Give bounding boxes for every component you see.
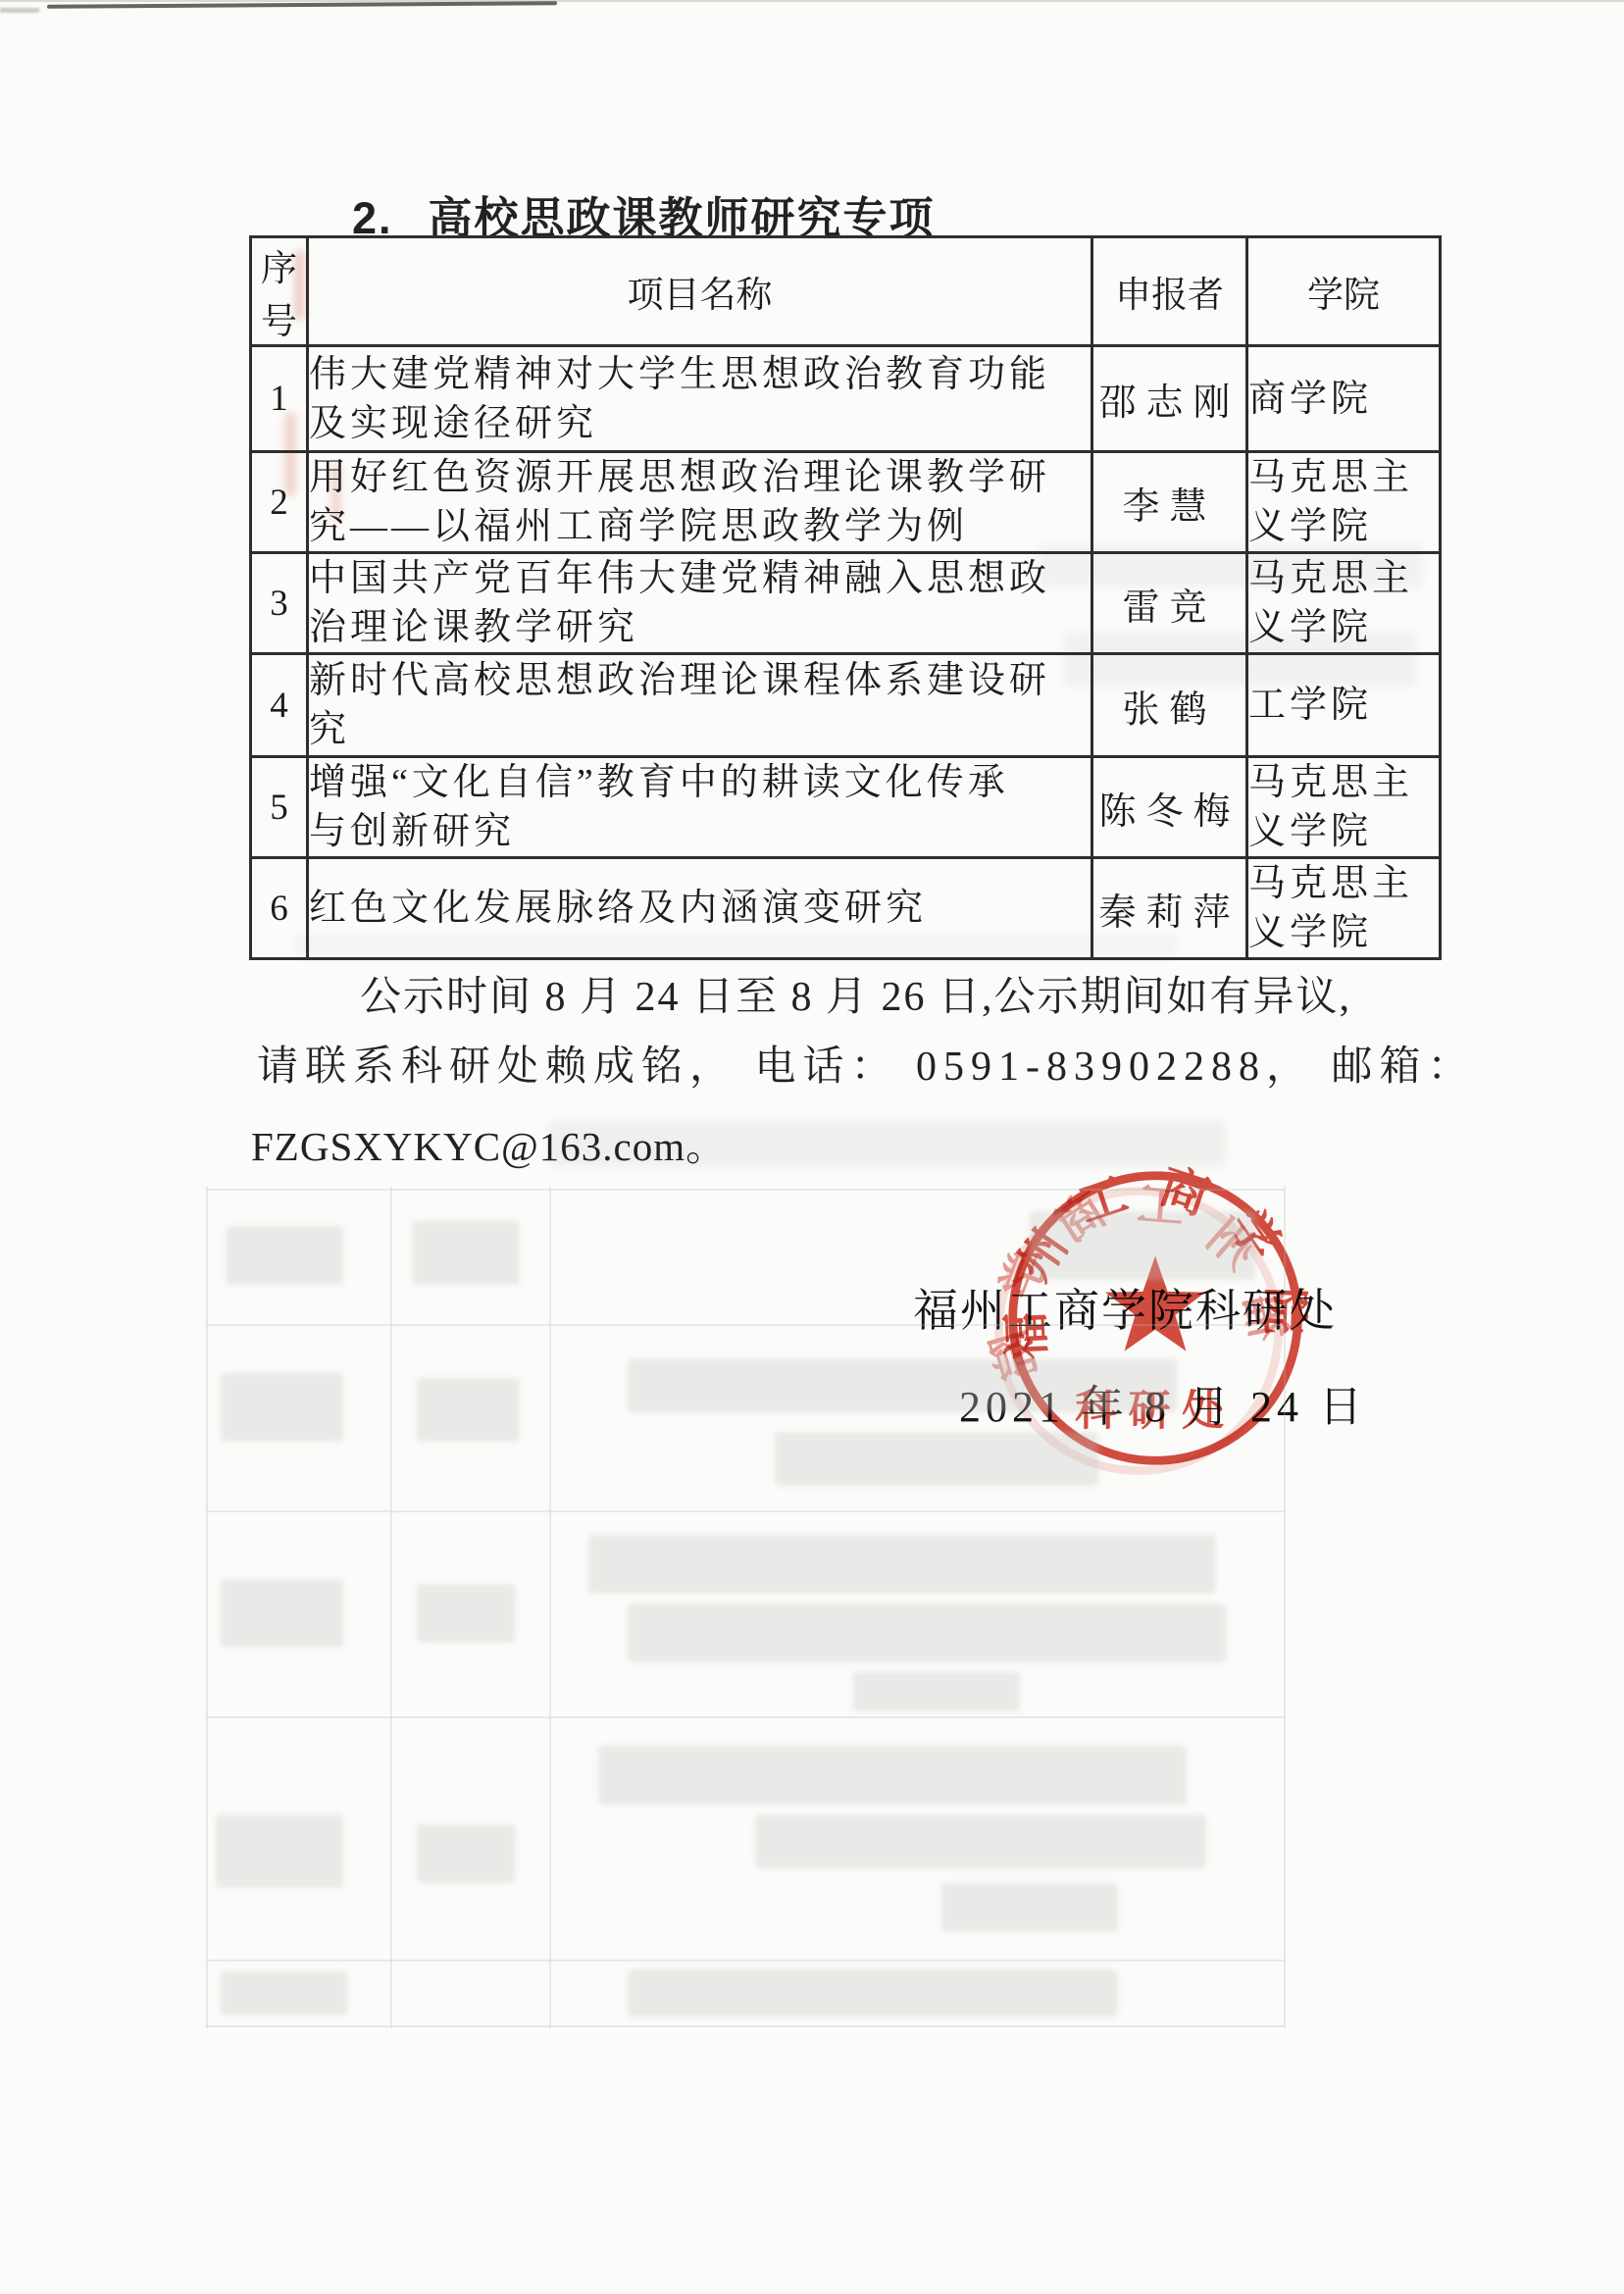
row-applicant: 雷竞 xyxy=(1092,553,1247,654)
bleedthrough-table xyxy=(167,1187,1291,2028)
announcement-line-1: 公示时间 8 月 24 日至 8 月 26 日,公示期间如有异议, xyxy=(360,964,1351,1023)
header-no: 序号 xyxy=(251,237,308,346)
table-row: 5 增强“文化自信”教育中的耕读文化传承 与创新研究 陈冬梅 马克思主 义学院 xyxy=(251,757,1441,858)
row-no: 1 xyxy=(251,346,308,452)
row-college: 马克思主 义学院 xyxy=(1247,757,1441,858)
row-no: 2 xyxy=(251,452,308,553)
table-row: 6 红色文化发展脉络及内涵演变研究 秦莉萍 马克思主 义学院 xyxy=(251,858,1441,959)
row-project: 增强“文化自信”教育中的耕读文化传承 与创新研究 xyxy=(308,757,1092,858)
row-applicant: 秦莉萍 xyxy=(1092,858,1247,959)
row-project: 红色文化发展脉络及内涵演变研究 xyxy=(308,858,1092,959)
row-college: 工学院 xyxy=(1247,654,1441,757)
row-applicant: 陈冬梅 xyxy=(1092,757,1247,858)
row-applicant: 张鹤 xyxy=(1092,654,1247,757)
announcement-line-2: 请联系科研处赖成铭， 电话： 0591-83902288， 邮箱： xyxy=(257,1034,1476,1093)
row-project: 新时代高校思想政治理论课程体系建设研 究 xyxy=(308,654,1092,757)
scan-corner-smudge xyxy=(0,8,39,13)
table-header-row: 序号 项目名称 申报者 学院 xyxy=(251,237,1441,346)
projects-table: 序号 项目名称 申报者 学院 1 伟大建党精神对大学生思想政治教育功能 及实现途… xyxy=(249,235,1442,960)
announcement-email: FZGSXYKYC@163.com。 xyxy=(251,1114,727,1172)
scan-top-edge xyxy=(0,0,1624,2)
scan-artifact-line xyxy=(47,1,557,9)
row-project: 用好红色资源开展思想政治理论课教学研 究——以福州工商学院思政教学为例 xyxy=(308,452,1092,553)
row-college: 马克思主 义学院 xyxy=(1247,452,1441,553)
row-no: 4 xyxy=(251,654,308,757)
row-no: 6 xyxy=(251,858,308,959)
table-row: 1 伟大建党精神对大学生思想政治教育功能 及实现途径研究 邵志刚 商学院 xyxy=(251,346,1441,452)
table-row: 3 中国共产党百年伟大建党精神融入思想政 治理论课教学研究 雷竞 马克思主 义学… xyxy=(251,553,1441,654)
scanned-document-page: 2.高校思政课教师研究专项 序号 项目名称 申报者 学院 1 伟大建党精神对大学… xyxy=(0,0,1624,2294)
row-project: 中国共产党百年伟大建党精神融入思想政 治理论课教学研究 xyxy=(308,553,1092,654)
row-applicant: 邵志刚 xyxy=(1092,346,1247,452)
header-project: 项目名称 xyxy=(308,237,1092,346)
row-no: 3 xyxy=(251,553,308,654)
table-row: 4 新时代高校思想政治理论课程体系建设研 究 张鹤 工学院 xyxy=(251,654,1441,757)
header-college: 学院 xyxy=(1247,237,1441,346)
row-project: 伟大建党精神对大学生思想政治教育功能 及实现途径研究 xyxy=(308,346,1092,452)
table-row: 2 用好红色资源开展思想政治理论课教学研 究——以福州工商学院思政教学为例 李慧… xyxy=(251,452,1441,553)
header-applicant: 申报者 xyxy=(1092,237,1247,346)
row-college: 马克思主 义学院 xyxy=(1247,553,1441,654)
row-college: 马克思主 义学院 xyxy=(1247,858,1441,959)
row-no: 5 xyxy=(251,757,308,858)
section-heading: 2.高校思政课教师研究专项 xyxy=(352,182,936,233)
row-applicant: 李慧 xyxy=(1092,452,1247,553)
row-college: 商学院 xyxy=(1247,346,1441,452)
